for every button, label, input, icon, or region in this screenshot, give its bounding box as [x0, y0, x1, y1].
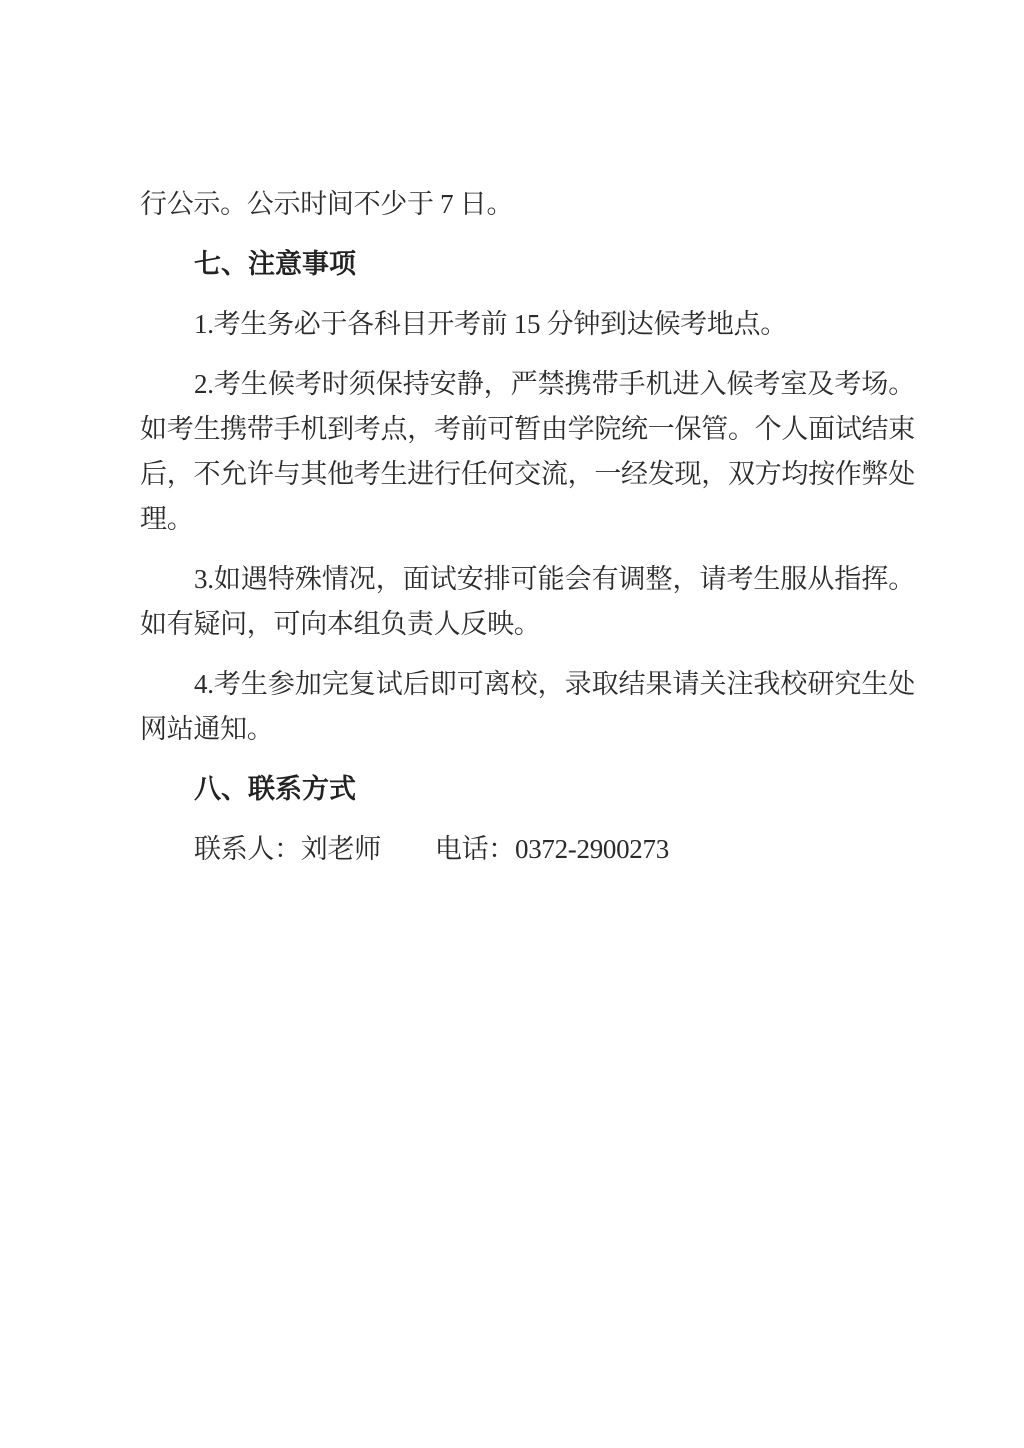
- note-item-2: 2.考生候考时须保持安静，严禁携带手机进入候考室及考场。如考生携带手机到考点，考…: [140, 362, 915, 542]
- section-heading-notes: 七、注意事项: [140, 242, 915, 287]
- note-item-3: 3.如遇特殊情况，面试安排可能会有调整，请考生服从指挥。如有疑问，可向本组负责人…: [140, 557, 915, 647]
- document-page: 行公示。公示时间不少于 7 日。 七、注意事项 1.考生务必于各科目开考前 15…: [0, 0, 1024, 1448]
- contact-phone: 电话：0372-2900273: [435, 834, 669, 864]
- section-heading-contact: 八、联系方式: [140, 767, 915, 812]
- contact-person: 联系人：刘老师: [194, 834, 381, 864]
- contact-line: 联系人：刘老师电话：0372-2900273: [140, 827, 915, 872]
- note-item-1: 1.考生务必于各科目开考前 15 分钟到达候考地点。: [140, 302, 915, 347]
- note-item-4: 4.考生参加完复试后即可离校，录取结果请关注我校研究生处网站通知。: [140, 662, 915, 752]
- paragraph-continuation: 行公示。公示时间不少于 7 日。: [140, 182, 915, 227]
